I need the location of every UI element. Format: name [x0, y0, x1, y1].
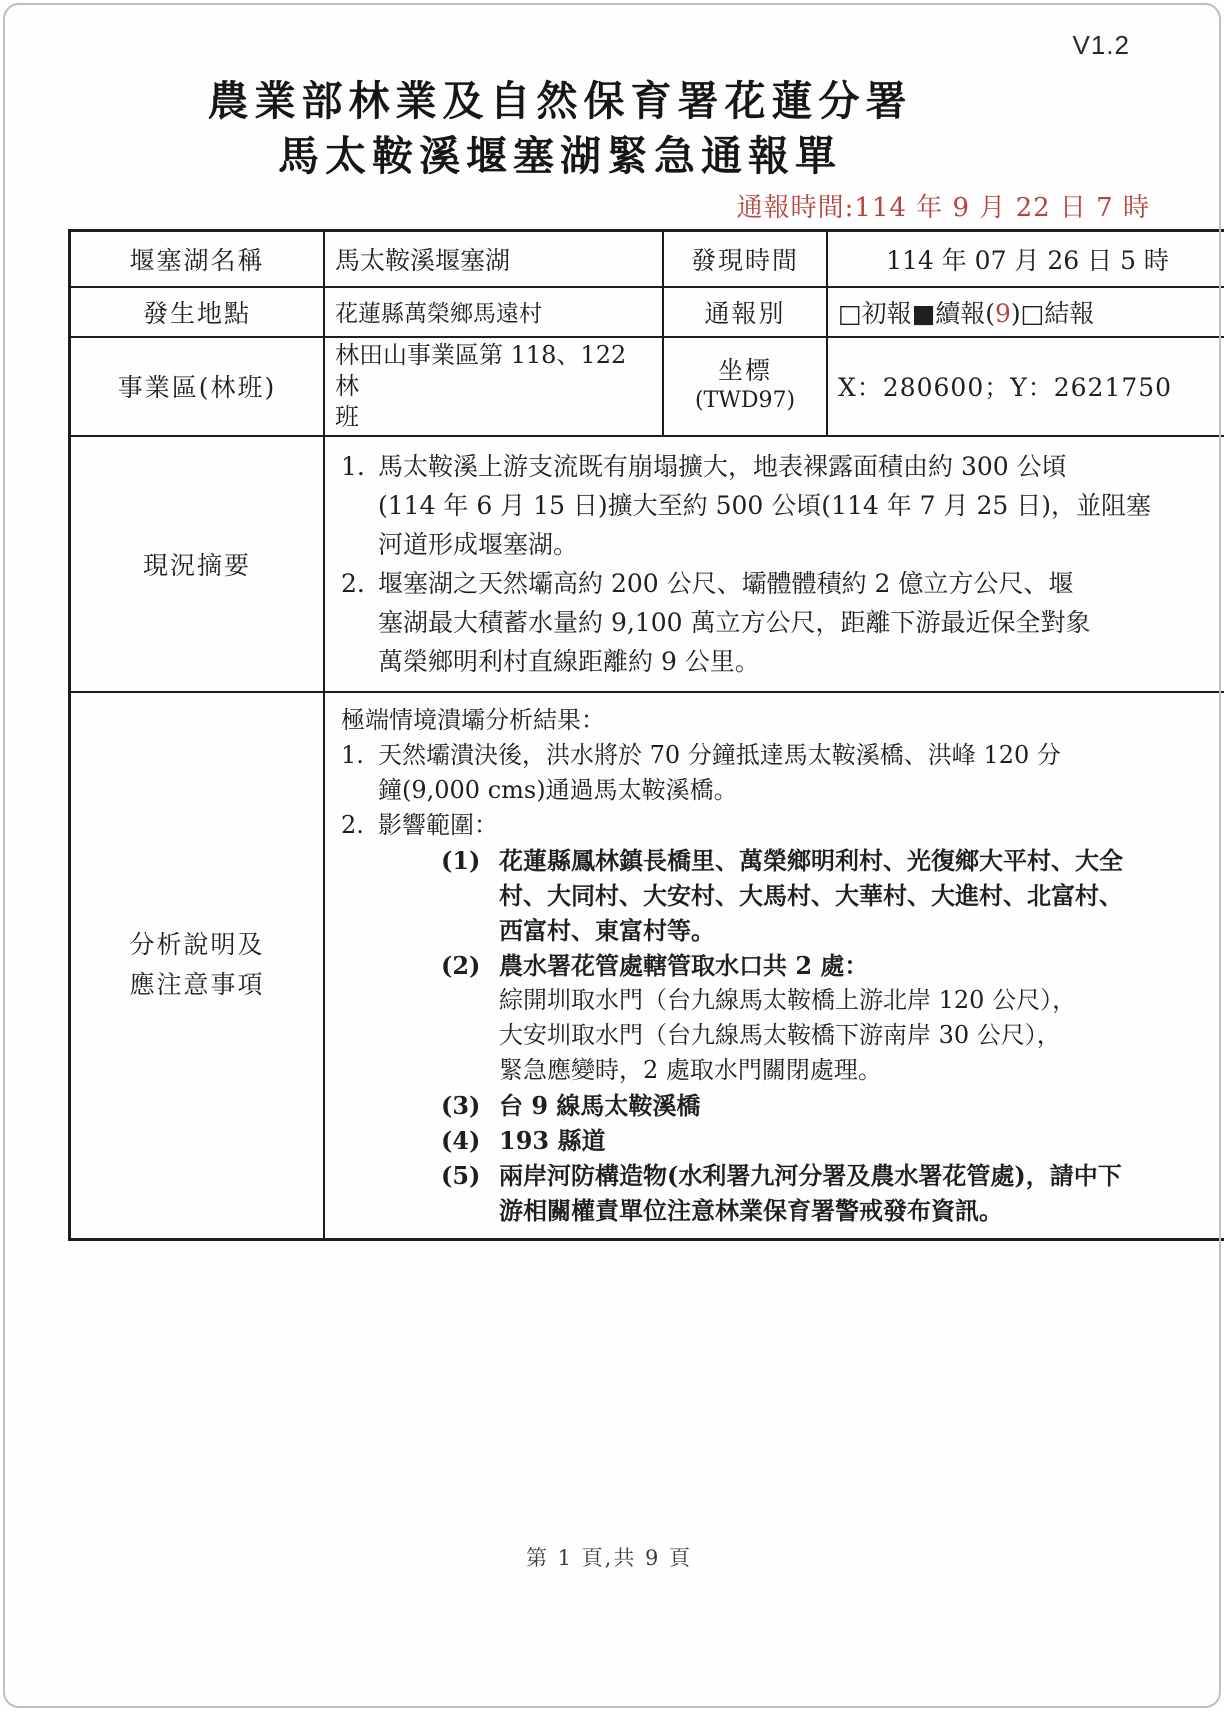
list-item-marker: 1. — [341, 738, 378, 773]
list-item-marker: (3) — [441, 1088, 499, 1123]
text-line: (114 年 6 月 15 日)擴大至約 500 公頃(114 年 7 月 25… — [378, 486, 1151, 525]
list-item-text: 馬太鞍溪上游支流既有崩塌擴大，地表裸露面積由約 300 公頃(114 年 6 月… — [378, 447, 1151, 564]
list-item: (4)193 縣道 — [441, 1123, 1219, 1158]
table-row: 事業區(林班) 林田山事業區第 118、122 林班 坐標 (TWD97) X：… — [70, 337, 1224, 436]
list-item: 綜開圳取水門（台九線馬太鞍橋上游北岸 120 公尺），大安圳取水門（台九線馬太鞍… — [441, 983, 1219, 1088]
summary-list: 1.馬太鞍溪上游支流既有崩塌擴大，地表裸露面積由約 300 公頃(114 年 6… — [341, 447, 1219, 681]
text-line: 河道形成堰塞湖。 — [378, 525, 1151, 564]
list-item-marker: 2. — [341, 808, 378, 843]
location-value: 花蓮縣萬榮鄉馬遠村 — [324, 287, 663, 337]
list-item: 2.堰塞湖之天然壩高約 200 公尺、壩體體積約 2 億立方公尺、堰塞湖最大積蓄… — [341, 564, 1219, 681]
coordinate-label-line1: 坐標 — [674, 356, 816, 386]
list-item-marker: (2) — [441, 948, 499, 983]
summary-label: 現況摘要 — [70, 436, 325, 692]
coordinate-label: 坐標 (TWD97) — [663, 337, 827, 436]
text-line: 花蓮縣鳳林鎮長橋里、萬榮鄉明利村、光復鄉大平村、大全 — [499, 843, 1123, 878]
version-label: V1.2 — [1073, 30, 1131, 61]
text-line: 西富村、東富村等。 — [499, 913, 1123, 948]
list-item-text: 花蓮縣鳳林鎮長橋里、萬榮鄉明利村、光復鄉大平村、大全村、大同村、大安村、大馬村、… — [499, 843, 1123, 948]
business-area-label: 事業區(林班) — [70, 337, 325, 436]
text-line: 影響範圍： — [378, 808, 498, 843]
text-line: 兩岸河防構造物(水利署九河分署及農水署花管處)，請中下 — [499, 1158, 1122, 1193]
report-time: 通報時間:114 年 9 月 22 日 7 時 — [68, 187, 1150, 224]
page-footer: 第 1 頁,共 9 頁 — [68, 1542, 1150, 1572]
list-item: 2.影響範圍： — [341, 808, 1219, 843]
list-item-marker: (1) — [441, 843, 499, 878]
list-item-marker: (4) — [441, 1123, 499, 1158]
found-time-value: 114 年 07 月 26 日 5 時 — [827, 231, 1224, 287]
table-row: 堰塞湖名稱 馬太鞍溪堰塞湖 發現時間 114 年 07 月 26 日 5 時 — [70, 231, 1224, 287]
list-item-text: 農水署花管處轄管取水口共 2 處： — [499, 948, 868, 983]
text-line: 193 縣道 — [499, 1123, 605, 1158]
text-line: 綜開圳取水門（台九線馬太鞍橋上游北岸 120 公尺）， — [499, 983, 1076, 1018]
analysis-label: 分析說明及應注意事項 — [70, 692, 325, 1240]
list-item: 1.馬太鞍溪上游支流既有崩塌擴大，地表裸露面積由約 300 公頃(114 年 6… — [341, 447, 1219, 564]
list-item-marker: 1. — [341, 447, 378, 486]
analysis-content: 極端情境潰壩分析結果： 1.天然壩潰決後，洪水將於 70 分鐘抵達馬太鞍溪橋、洪… — [324, 692, 1224, 1240]
page: V1.2 農業部林業及自然保育署花蓮分署 馬太鞍溪堰塞湖緊急通報單 通報時間:1… — [0, 0, 1224, 1711]
text-line: 萬榮鄉明利村直線距離約 9 公里。 — [378, 642, 1090, 681]
report-type-text-post: )□結報 — [1011, 299, 1094, 328]
summary-content: 1.馬太鞍溪上游支流既有崩塌擴大，地表裸露面積由約 300 公頃(114 年 6… — [324, 436, 1224, 692]
text-line: 分析說明及 — [81, 925, 313, 965]
list-item-text: 兩岸河防構造物(水利署九河分署及農水署花管處)，請中下游相關權責單位注意林業保育… — [499, 1158, 1122, 1228]
analysis-l1-list: 1.天然壩潰決後，洪水將於 70 分鐘抵達馬太鞍溪橋、洪峰 120 分鐘(9,0… — [341, 738, 1219, 843]
table-row: 發生地點 花蓮縣萬榮鄉馬遠村 通報別 □初報■續報(9)□結報 — [70, 287, 1224, 337]
text-line: 堰塞湖之天然壩高約 200 公尺、壩體體積約 2 億立方公尺、堰 — [378, 564, 1090, 603]
list-item-text: 堰塞湖之天然壩高約 200 公尺、壩體體積約 2 億立方公尺、堰塞湖最大積蓄水量… — [378, 564, 1090, 681]
report-type-label: 通報別 — [663, 287, 827, 337]
table-row: 現況摘要 1.馬太鞍溪上游支流既有崩塌擴大，地表裸露面積由約 300 公頃(11… — [70, 436, 1224, 692]
list-item: (5)兩岸河防構造物(水利署九河分署及農水署花管處)，請中下游相關權責單位注意林… — [441, 1158, 1219, 1228]
document-title: 農業部林業及自然保育署花蓮分署 馬太鞍溪堰塞湖緊急通報單 — [0, 0, 1224, 184]
list-item: 1.天然壩潰決後，洪水將於 70 分鐘抵達馬太鞍溪橋、洪峰 120 分鐘(9,0… — [341, 738, 1219, 808]
coordinate-label-line2: (TWD97) — [674, 386, 816, 416]
text-line: 馬太鞍溪上游支流既有崩塌擴大，地表裸露面積由約 300 公頃 — [378, 447, 1151, 486]
text-line: 應注意事項 — [81, 965, 313, 1005]
list-item: (3)台 9 線馬太鞍溪橋 — [441, 1088, 1219, 1123]
list-item-marker: 2. — [341, 564, 378, 603]
location-label: 發生地點 — [70, 287, 325, 337]
report-type-value: □初報■續報(9)□結報 — [827, 287, 1224, 337]
text-line: 台 9 線馬太鞍溪橋 — [499, 1088, 700, 1123]
text-line: 天然壩潰決後，洪水將於 70 分鐘抵達馬太鞍溪橋、洪峰 120 分 — [378, 738, 1061, 773]
list-item-text: 影響範圍： — [378, 808, 498, 843]
title-line-1: 農業部林業及自然保育署花蓮分署 — [0, 74, 1120, 129]
list-item-marker: (5) — [441, 1158, 499, 1193]
lake-name-value: 馬太鞍溪堰塞湖 — [324, 231, 663, 287]
text-line: 班 — [335, 402, 652, 433]
list-item-text: 193 縣道 — [499, 1123, 605, 1158]
list-item: (2)農水署花管處轄管取水口共 2 處： — [441, 948, 1219, 983]
text-line: 農水署花管處轄管取水口共 2 處： — [499, 948, 868, 983]
business-area-value: 林田山事業區第 118、122 林班 — [324, 337, 663, 436]
lake-name-label: 堰塞湖名稱 — [70, 231, 325, 287]
info-table: 堰塞湖名稱 馬太鞍溪堰塞湖 發現時間 114 年 07 月 26 日 5 時 發… — [68, 229, 1224, 1241]
list-item-text: 台 9 線馬太鞍溪橋 — [499, 1088, 700, 1123]
report-count-red: 9 — [995, 299, 1011, 328]
title-line-2: 馬太鞍溪堰塞湖緊急通報單 — [0, 129, 1120, 184]
report-type-text-pre: □初報■續報( — [838, 299, 995, 328]
table-row: 分析說明及應注意事項 極端情境潰壩分析結果： 1.天然壩潰決後，洪水將於 70 … — [70, 692, 1224, 1240]
text-line: 游相關權責單位注意林業保育署警戒發布資訊。 — [499, 1193, 1122, 1228]
analysis-intro: 極端情境潰壩分析結果： — [341, 703, 1219, 738]
text-line: 緊急應變時，2 處取水門關閉處理。 — [499, 1053, 1076, 1088]
list-item: (1)花蓮縣鳳林鎮長橋里、萬榮鄉明利村、光復鄉大平村、大全村、大同村、大安村、大… — [441, 843, 1219, 948]
text-line: 林田山事業區第 118、122 林 — [335, 340, 652, 402]
found-time-label: 發現時間 — [663, 231, 827, 287]
analysis-l2-list: (1)花蓮縣鳳林鎮長橋里、萬榮鄉明利村、光復鄉大平村、大全村、大同村、大安村、大… — [341, 843, 1219, 1228]
coordinate-value: X：280600；Y：2621750 — [827, 337, 1224, 436]
list-item-text: 綜開圳取水門（台九線馬太鞍橋上游北岸 120 公尺），大安圳取水門（台九線馬太鞍… — [499, 983, 1076, 1088]
list-item-text: 天然壩潰決後，洪水將於 70 分鐘抵達馬太鞍溪橋、洪峰 120 分鐘(9,000… — [378, 738, 1061, 808]
text-line: 村、大同村、大安村、大馬村、大華村、大進村、北富村、 — [499, 878, 1123, 913]
text-line: 鐘(9,000 cms)通過馬太鞍溪橋。 — [378, 773, 1061, 808]
text-line: 大安圳取水門（台九線馬太鞍橋下游南岸 30 公尺）， — [499, 1018, 1076, 1053]
text-line: 塞湖最大積蓄水量約 9,100 萬立方公尺，距離下游最近保全對象 — [378, 603, 1090, 642]
